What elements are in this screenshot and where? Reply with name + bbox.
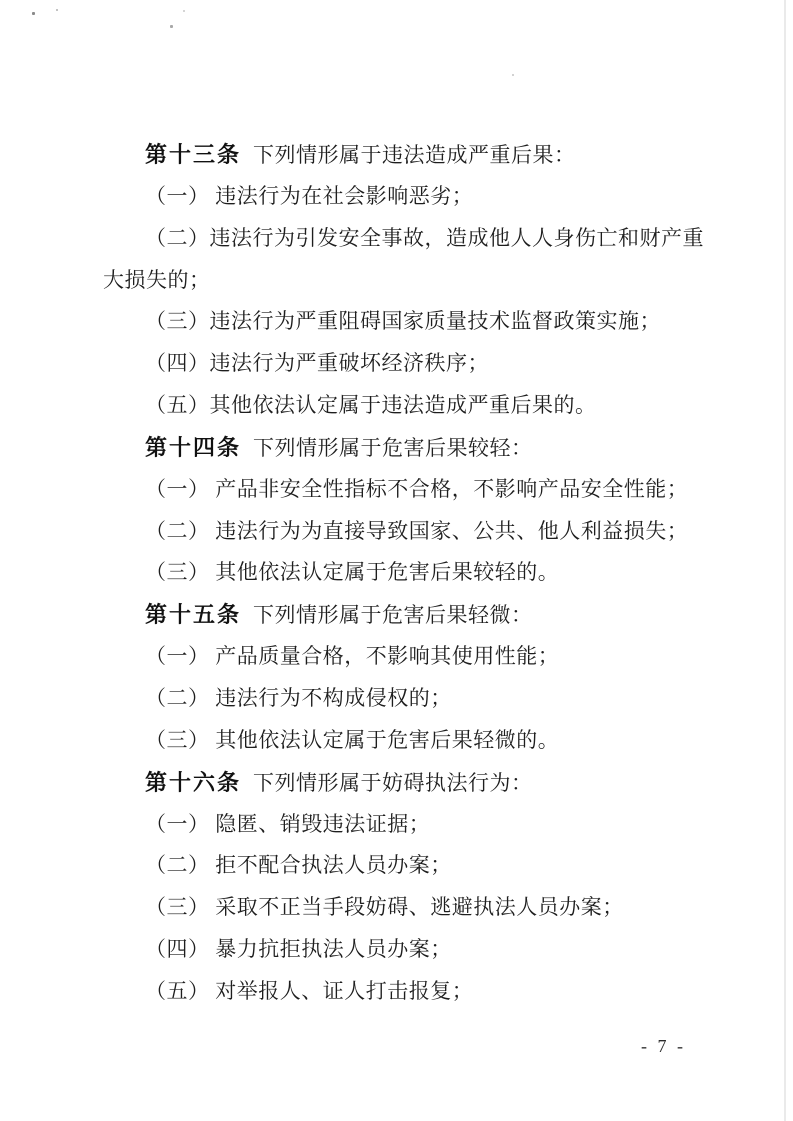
scan-speck xyxy=(56,9,58,11)
article-title-text: 下列情形属于违法造成严重后果： xyxy=(253,143,576,167)
article-heading-line: 第十四条下列情形属于危害后果较轻： xyxy=(103,427,703,469)
article-heading-line: 第十六条下列情形属于妨碍执法行为： xyxy=(103,762,703,804)
scanned-document-page: 第十三条下列情形属于违法造成严重后果：（一） 违法行为在社会影响恶劣；（二）违法… xyxy=(0,0,793,1121)
list-item-line: （五）其他依法认定属于违法造成严重后果的。 xyxy=(103,385,703,427)
list-item-line: （二） 违法行为不构成侵权的； xyxy=(103,678,703,720)
list-item-line: （二） 拒不配合执法人员办案； xyxy=(103,845,703,887)
list-item-line: （三） 其他依法认定属于危害后果较轻的。 xyxy=(103,552,703,594)
document-body: 第十三条下列情形属于违法造成严重后果：（一） 违法行为在社会影响恶劣；（二）违法… xyxy=(103,134,703,1013)
page-number: - 7 - xyxy=(641,1036,686,1057)
article-number: 第十四条 xyxy=(145,435,241,460)
scan-edge-shadow xyxy=(784,0,786,1121)
list-item-line: （三） 采取不正当手段妨碍、逃避执法人员办案； xyxy=(103,887,703,929)
article-title-text: 下列情形属于妨碍执法行为： xyxy=(253,771,533,795)
list-item-line: （二）违法行为引发安全事故，造成他人人身伤亡和财产重 xyxy=(103,218,703,260)
list-item-line: （一） 产品质量合格，不影响其使用性能； xyxy=(103,636,703,678)
article-heading-line: 第十五条下列情形属于危害后果轻微： xyxy=(103,594,703,636)
list-item-line: （一） 违法行为在社会影响恶劣； xyxy=(103,176,703,218)
article-number: 第十六条 xyxy=(145,770,241,795)
list-item-line: （一） 隐匿、销毁违法证据； xyxy=(103,804,703,846)
article-title-text: 下列情形属于危害后果较轻： xyxy=(253,436,533,460)
article-heading-line: 第十三条下列情形属于违法造成严重后果： xyxy=(103,134,703,176)
scan-speck xyxy=(170,25,173,28)
article-number: 第十五条 xyxy=(145,602,241,627)
list-item-line: （三）违法行为严重阻碍国家质量技术监督政策实施； xyxy=(103,301,703,343)
item-continuation-line: 大损失的； xyxy=(103,260,703,302)
list-item-line: （二） 违法行为为直接导致国家、公共、他人利益损失； xyxy=(103,511,703,553)
list-item-line: （四） 暴力抗拒执法人员办案； xyxy=(103,929,703,971)
list-item-line: （一） 产品非安全性指标不合格，不影响产品安全性能； xyxy=(103,469,703,511)
list-item-line: （五） 对举报人、证人打击报复； xyxy=(103,971,703,1013)
list-item-line: （四）违法行为严重破坏经济秩序； xyxy=(103,343,703,385)
article-number: 第十三条 xyxy=(145,142,241,167)
scan-speck xyxy=(512,74,514,76)
scan-speck xyxy=(183,10,185,12)
article-title-text: 下列情形属于危害后果轻微： xyxy=(253,603,533,627)
scan-speck xyxy=(32,12,35,15)
list-item-line: （三） 其他依法认定属于危害后果轻微的。 xyxy=(103,720,703,762)
